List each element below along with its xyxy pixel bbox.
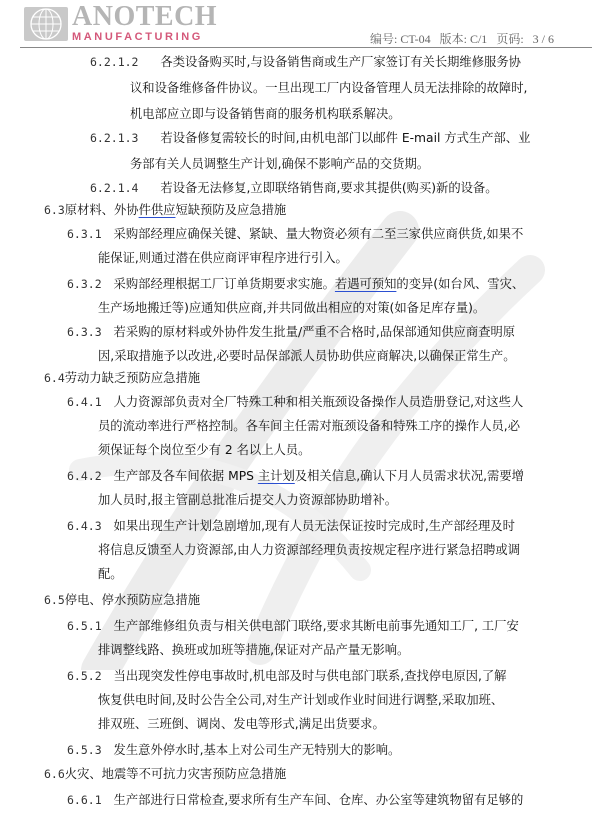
- clause-text: 人力资源部负责对全厂特殊工种和相关瓶颈设备操作人员造册登记,对这些人: [114, 395, 524, 409]
- section-number: 6.4: [44, 368, 65, 388]
- paragraph-6-2-1-3: 6.2.1.3 若设备修复需较长的时间,由机电部门以邮件 E-mail 方式生产…: [90, 128, 530, 148]
- clause-text: 若设备修复需较长的时间,由机电部门以邮件 E-mail 方式生产部、业: [160, 131, 530, 145]
- paragraph-line: 恢复供电时间,及时公告全公司,对生产计划或作业时间进行调整,采取加班、: [98, 690, 503, 710]
- section-number: 6.6: [44, 764, 65, 784]
- brand-name: ANOTECH: [72, 4, 217, 30]
- paragraph-6-4-3: 6.4.3 如果出现生产计划急剧增加,现有人员无法保证按时完成时,生产部经理及时: [67, 516, 515, 536]
- grammar-underline-text: 件供应: [139, 203, 176, 217]
- clause-number: 6.4.1: [67, 392, 102, 412]
- section-heading-6-6: 6.6火灾、地震等不可抗力灾害预防应急措施: [44, 764, 286, 784]
- heading-text: 停电、停水预防应急措施: [65, 593, 200, 607]
- paragraph-line: 议和设备维修备件协议。一旦出现工厂内设备管理人员无法排除的故障时,: [130, 78, 527, 98]
- grammar-underline-text: 主计划: [258, 469, 295, 483]
- page-header: ANOTECH MANUFACTURING 编号: CT-04 版本: C/1 …: [0, 0, 592, 48]
- clause-text: 生产部维修组负责与相关供电部门联络,要求其断电前事先通知工厂, 工厂安: [114, 619, 519, 633]
- paragraph-line: 务部有关人员调整生产计划,确保不影响产品的交货期。: [130, 154, 429, 174]
- paragraph-6-5-1: 6.5.1 生产部维修组负责与相关供电部门联络,要求其断电前事先通知工厂, 工厂…: [67, 616, 519, 636]
- page-number: 3 / 6: [533, 32, 554, 46]
- company-logo: ANOTECH MANUFACTURING: [24, 4, 217, 43]
- clause-text: 的变异(如台风、雪灾、: [396, 277, 524, 291]
- clause-text: 采购部经理应确保关键、紧缺、量大物资必须有二至三家供应商供货,如果不: [114, 227, 524, 241]
- heading-text: 原材料、外协: [65, 203, 139, 217]
- paragraph-line: 将信息反馈至人力资源部,由人力资源部经理负责按规定程序进行紧急招聘或调: [98, 540, 520, 560]
- clause-text: 及相关信息,确认下月人员需求状况,需要增: [295, 469, 524, 483]
- clause-text: 若采购的原材料或外协件发生批量/严重不合格时,品保部通知供应商查明原: [114, 325, 516, 339]
- clause-number: 6.6.1: [67, 790, 102, 810]
- clause-text: 如果出现生产计划急剧增加,现有人员无法保证按时完成时,生产部经理及时: [114, 519, 515, 533]
- clause-number: 6.5.3: [67, 740, 102, 760]
- clause-number: 6.4.3: [67, 516, 102, 536]
- clause-number: 6.3.2: [67, 274, 102, 294]
- section-heading-6-3: 6.3原材料、外协件供应短缺预防及应急措施: [44, 200, 286, 220]
- paragraph-line: 加人员时,报主管副总批准后提交人力资源部协助增补。: [98, 490, 397, 510]
- clause-number: 6.3.3: [67, 322, 102, 342]
- clause-text: 采购部经理根据工厂订单货期要求实施。: [114, 277, 335, 291]
- clause-number: 6.5.2: [67, 666, 102, 686]
- clause-number: 6.5.1: [67, 616, 102, 636]
- doc-number: 编号: CT-04: [370, 32, 431, 46]
- clause-text: 若设备无法修复,立即联络销售商,要求其提供(购买)新的设备。: [160, 181, 497, 195]
- paragraph-line: 因,采取措施予以改进,必要时品保部派人员协助供应商解决,以确保正常生产。: [98, 346, 516, 366]
- clause-number: 6.2.1.4: [90, 178, 138, 198]
- paragraph-6-6-1: 6.6.1 生产部进行日常检查,要求所有生产车间、仓库、办公室等建筑物留有足够的: [67, 790, 523, 810]
- paragraph-line: 员的流动率进行严格控制。各车间主任需对瓶颈设备和特殊工序的操作人员,必: [98, 416, 520, 436]
- clause-text: 各类设备购买时,与设备销售商或生产厂家签订有关长期维修服务协: [160, 55, 521, 69]
- clause-number: 6.2.1.3: [90, 128, 138, 148]
- globe-icon: [24, 7, 68, 41]
- paragraph-line: 能保证,则通过潜在供应商评审程序进行引入。: [98, 248, 348, 268]
- clause-text: 生产部及各车间依据 MPS: [114, 469, 258, 483]
- section-heading-6-4: 6.4劳动力缺乏预防应急措施: [44, 368, 200, 388]
- clause-text: 生产部进行日常检查,要求所有生产车间、仓库、办公室等建筑物留有足够的: [114, 793, 524, 807]
- paragraph-line: 排调整线路、换班或加班等措施,保证对产品产量无影响。: [98, 640, 409, 660]
- paragraph-line: 须保证每个岗位至少有 2 名以上人员。: [98, 440, 310, 460]
- clause-number: 6.2.1.2: [90, 52, 138, 72]
- brand-subtitle: MANUFACTURING: [72, 31, 217, 43]
- paragraph-line: 配。: [98, 564, 123, 584]
- paragraph-6-3-2: 6.3.2 采购部经理根据工厂订单货期要求实施。若遇可预知的变异(如台风、雪灾、: [67, 274, 524, 294]
- header-divider: [20, 47, 592, 48]
- paragraph-line: 机电部应立即与设备销售商的服务机构联系解决。: [130, 104, 401, 124]
- paragraph-6-2-1-4: 6.2.1.4 若设备无法修复,立即联络销售商,要求其提供(购买)新的设备。: [90, 178, 498, 198]
- section-number: 6.5: [44, 590, 65, 610]
- clause-text: 当出现突发性停电事故时,机电部及时与供电部门联系,查找停电原因,了解: [114, 669, 507, 683]
- paragraph-line: 生产场地搬迁等)应通知供应商,并共同做出相应的对策(如备足库存量)。: [98, 298, 485, 318]
- clause-number: 6.3.1: [67, 224, 102, 244]
- section-number: 6.3: [44, 200, 65, 220]
- grammar-underline-text: 若遇可预知: [335, 277, 397, 291]
- paragraph-6-2-1-2: 6.2.1.2 各类设备购买时,与设备销售商或生产厂家签订有关长期维修服务协: [90, 52, 521, 72]
- paragraph-6-4-1: 6.4.1 人力资源部负责对全厂特殊工种和相关瓶颈设备操作人员造册登记,对这些人: [67, 392, 523, 412]
- doc-version: 版本: C/1: [440, 32, 488, 46]
- paragraph-line: 排双班、三班倒、调岗、发电等形式,满足出货要求。: [98, 714, 385, 734]
- heading-text: 火灾、地震等不可抗力灾害预防应急措施: [65, 767, 286, 781]
- heading-text: 劳动力缺乏预防应急措施: [65, 371, 200, 385]
- clause-number: 6.4.2: [67, 466, 102, 486]
- page-label: 页码:: [496, 32, 523, 46]
- document-info: 编号: CT-04 版本: C/1 页码: 3 / 6: [364, 30, 554, 47]
- clause-text: 发生意外停水时,基本上对公司生产无特别大的影响。: [114, 743, 401, 757]
- heading-text: 短缺预防及应急措施: [175, 203, 286, 217]
- paragraph-6-5-2: 6.5.2 当出现突发性停电事故时,机电部及时与供电部门联系,查找停电原因,了解: [67, 666, 506, 686]
- paragraph-6-5-3: 6.5.3 发生意外停水时,基本上对公司生产无特别大的影响。: [67, 740, 400, 760]
- paragraph-6-4-2: 6.4.2 生产部及各车间依据 MPS 主计划及相关信息,确认下月人员需求状况,…: [67, 466, 524, 486]
- paragraph-6-3-3: 6.3.3 若采购的原材料或外协件发生批量/严重不合格时,品保部通知供应商查明原: [67, 322, 515, 342]
- section-heading-6-5: 6.5停电、停水预防应急措施: [44, 590, 200, 610]
- paragraph-6-3-1: 6.3.1 采购部经理应确保关键、紧缺、量大物资必须有二至三家供应商供货,如果不: [67, 224, 523, 244]
